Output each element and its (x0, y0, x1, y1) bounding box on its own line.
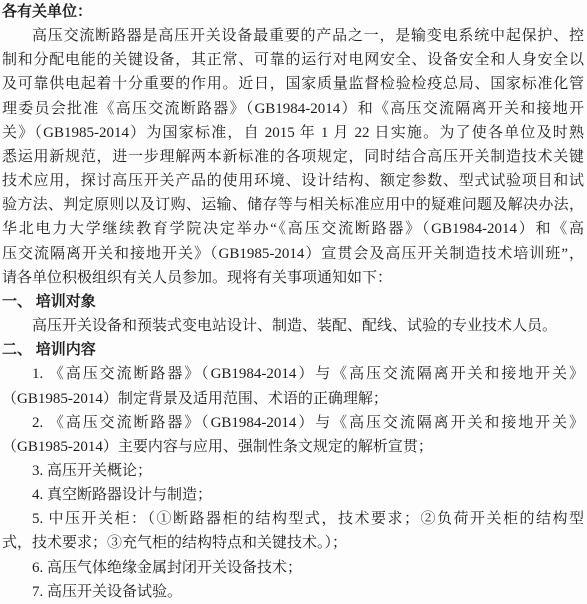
text-line: 悉运用新规范，进一步理解两本新标准的各项规定，同时结合高压开关制造技术关键 (2, 145, 584, 169)
list-item-block: 4. 真空断路器设计与制造； (2, 483, 584, 507)
text-line: 华北电力大学继续教育学院决定举办“《高压交流断路器》（GB1984-2014）和… (2, 217, 584, 241)
text-line: 请各单位积极组织有关人员参加。现将有关事项通知如下： (2, 266, 584, 290)
notice-document: 各有关单位：高压交流断路器是高压开关设备最重要的产品之一，是输变电系统中起保护、… (0, 0, 587, 604)
list-item-block: 7. 高压开关设备试验。 (2, 580, 584, 604)
text-line: 技术应用，探讨高压开关产品的使用环境、设计结构、额定参数、型式试验项目和试 (2, 169, 584, 193)
text-line: 二、 培训内容 (2, 338, 584, 362)
text-line: 关》（GB1985-2014）为国家标准，自 2015 年 1 月 22 日实施… (2, 121, 584, 145)
heading-block: 一、 培训对象 (2, 290, 584, 314)
text-line: 4. 真空断路器设计与制造； (2, 483, 584, 507)
text-line: 2. 《高压交流断路器》（GB1984-2014）与《高压交流隔离开关和接地开关… (2, 411, 584, 435)
text-line: 理委员会批准《高压交流断路器》（GB1984-2014）和《高压交流隔离开关和接… (2, 97, 584, 121)
text-line: 及可靠供电起着十分重要的作用。近日，国家质量监督检验检疫总局、国家标准化管 (2, 72, 584, 96)
text-line: 压交流隔离开关和接地开关》（GB1985-2014）宣贯会及高压开关制造技术培训… (2, 242, 584, 266)
text-line: 6. 高压气体绝缘金属封闭开关设备技术； (2, 556, 584, 580)
text-line: （GB1985-2014）制定背景及适用范围、术语的正确理解； (2, 387, 584, 411)
text-line: 7. 高压开关设备试验。 (2, 580, 584, 604)
text-line: 式，技术要求；③充气柜的结构特点和关键技术。）； (2, 531, 584, 555)
text-line: 5. 中压开关柜：（①断路器柜的结构型式，技术要求；②负荷开关柜的结构型 (2, 507, 584, 531)
text-line: 各有关单位： (2, 0, 584, 24)
text-line: （GB1985-2014）主要内容与应用、强制性条文规定的解析宣贯； (2, 435, 584, 459)
heading-block: 二、 培训内容 (2, 338, 584, 362)
paragraph-block: 高压交流断路器是高压开关设备最重要的产品之一，是输变电系统中起保护、控制和分配电… (2, 24, 584, 290)
text-line: 验方法、判定原则以及订购、运输、储存等与相关标准应用中的疑难问题及解决办法， (2, 193, 584, 217)
list-item-block: 6. 高压气体绝缘金属封闭开关设备技术； (2, 556, 584, 580)
text-line: 高压交流断路器是高压开关设备最重要的产品之一，是输变电系统中起保护、控 (2, 24, 584, 48)
list-item-block: 1. 《高压交流断路器》（GB1984-2014）与《高压交流隔离开关和接地开关… (2, 362, 584, 410)
salutation-block: 各有关单位： (2, 0, 584, 24)
text-line: 高压开关设备和预装式变电站设计、制造、装配、配线、试验的专业技术人员。 (2, 314, 584, 338)
text-line: 1. 《高压交流断路器》（GB1984-2014）与《高压交流隔离开关和接地开关… (2, 362, 584, 386)
text-line: 3. 高压开关概论； (2, 459, 584, 483)
text-line: 制和分配电能的关键设备，其正常、可靠的运行对电网安全、设备安全和人身安全以 (2, 48, 584, 72)
list-item-block: 5. 中压开关柜：（①断路器柜的结构型式，技术要求；②负荷开关柜的结构型式，技术… (2, 507, 584, 555)
list-item-block: 2. 《高压交流断路器》（GB1984-2014）与《高压交流隔离开关和接地开关… (2, 411, 584, 459)
text-line: 一、 培训对象 (2, 290, 584, 314)
paragraph-block: 高压开关设备和预装式变电站设计、制造、装配、配线、试验的专业技术人员。 (2, 314, 584, 338)
list-item-block: 3. 高压开关概论； (2, 459, 584, 483)
